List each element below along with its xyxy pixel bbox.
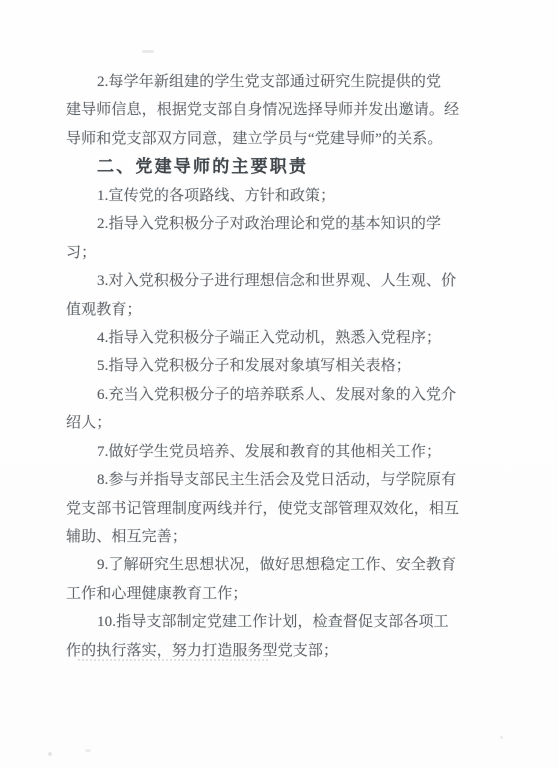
text-line: 6.充当入党积极分子的培养联系人、发展对象的入党介 <box>66 381 466 409</box>
text-line: 建导师信息，根据党支部自身情况选择导师并发出邀请。经 <box>66 96 466 124</box>
text-line: 工作和心理健康教育工作； <box>66 580 466 608</box>
text-line: 2.指导入党积极分子对政治理论和党的基本知识的学 <box>66 210 466 238</box>
scan-artifact <box>48 752 52 756</box>
scan-artifact <box>142 50 154 53</box>
text-line: 辅助、相互完善； <box>66 523 466 551</box>
text-line: 9.了解研究生思想状况，做好思想稳定工作、安全教育 <box>66 551 466 579</box>
section-heading: 二、党建导师的主要职责 <box>66 153 466 181</box>
text-line: 党支部书记管理制度两线并行，使党支部管理双效化，相互 <box>66 495 466 523</box>
text-line: 10.指导支部制定党建工作计划，检查督促支部各项工 <box>66 608 466 636</box>
text-line: 习； <box>66 239 466 267</box>
scanned-document-page: 2.每学年新组建的学生党支部通过研究生院提供的党 建导师信息，根据党支部自身情况… <box>0 0 558 768</box>
text-line: 值观教育； <box>66 296 466 324</box>
text-line: 3.对入党积极分子进行理想信念和世界观、人生观、价 <box>66 267 466 295</box>
document-text-block: 2.每学年新组建的学生党支部通过研究生院提供的党 建导师信息，根据党支部自身情况… <box>66 68 466 665</box>
text-line: 2.每学年新组建的学生党支部通过研究生院提供的党 <box>66 68 466 96</box>
text-line: 7.做好学生党员培养、发展和教育的其他相关工作； <box>66 438 466 466</box>
text-line: 绍人； <box>66 409 466 437</box>
text-line: 8.参与并指导支部民主生活会及党日活动，与学院原有 <box>66 466 466 494</box>
text-line: 5.指导入党积极分子和发展对象填写相关表格； <box>66 352 466 380</box>
text-line: 作的执行落实，努力打造服务型党支部； <box>66 637 466 665</box>
text-line: 1.宣传党的各项路线、方针和政策； <box>66 182 466 210</box>
text-line: 导师和党支部双方同意，建立学员与“党建导师”的关系。 <box>66 125 466 153</box>
scan-artifact <box>85 749 91 752</box>
text-line: 4.指导入党积极分子端正入党动机，熟悉入党程序； <box>66 324 466 352</box>
scan-artifact <box>500 736 503 739</box>
